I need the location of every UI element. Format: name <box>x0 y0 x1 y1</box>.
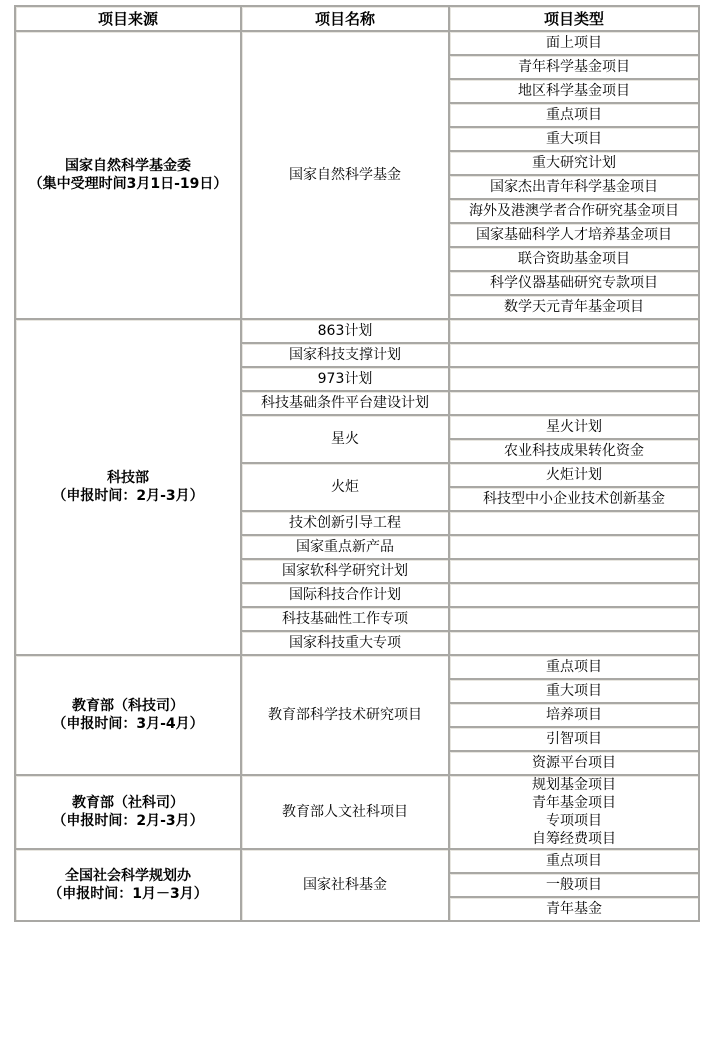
source-title: 教育部（社科司） <box>18 794 238 812</box>
source-note: （集中受理时间3月1日-19日） <box>18 175 238 193</box>
type-cell: 资源平台项目 <box>449 751 699 775</box>
type-cell <box>449 607 699 631</box>
type-cell: 重大项目 <box>449 679 699 703</box>
source-note: （申报时间：3月-4月） <box>18 715 238 733</box>
type-cell: 国家基础科学人才培养基金项目 <box>449 223 699 247</box>
program-name-cell: 技术创新引导工程 <box>241 511 449 535</box>
program-name-cell: 科技基础性工作专项 <box>241 607 449 631</box>
type-cell: 培养项目 <box>449 703 699 727</box>
type-cell: 数学天元青年基金项目 <box>449 295 699 319</box>
type-cell: 一般项目 <box>449 873 699 897</box>
program-name-cell: 国家科技重大专项 <box>241 631 449 655</box>
table-row: 全国社会科学规划办 （申报时间：1月－3月） 国家社科基金 重点项目 <box>15 849 699 873</box>
type-cell <box>449 559 699 583</box>
type-line: 专项项目 <box>452 812 696 830</box>
type-cell: 科学仪器基础研究专款项目 <box>449 271 699 295</box>
type-cell: 青年基金 <box>449 897 699 921</box>
program-name-cell: 国家科技支撑计划 <box>241 343 449 367</box>
header-type: 项目类型 <box>449 6 699 31</box>
type-cell: 引智项目 <box>449 727 699 751</box>
table-row: 教育部（社科司） （申报时间：2月-3月） 教育部人文社科项目 规划基金项目 青… <box>15 775 699 849</box>
program-name-cell: 863计划 <box>241 319 449 343</box>
source-note: （申报时间：1月－3月） <box>18 885 238 903</box>
source-note: （申报时间：2月-3月） <box>18 487 238 505</box>
source-cell-most: 科技部 （申报时间：2月-3月） <box>15 319 241 655</box>
source-title: 科技部 <box>18 469 238 487</box>
type-cell: 农业科技成果转化资金 <box>449 439 699 463</box>
header-name: 项目名称 <box>241 6 449 31</box>
program-name-cell: 科技基础条件平台建设计划 <box>241 391 449 415</box>
source-cell-nssf: 全国社会科学规划办 （申报时间：1月－3月） <box>15 849 241 921</box>
type-line: 规划基金项目 <box>452 776 696 794</box>
table-row: 科技部 （申报时间：2月-3月） 863计划 <box>15 319 699 343</box>
type-cell <box>449 367 699 391</box>
program-name-cell: 教育部科学技术研究项目 <box>241 655 449 775</box>
type-cell: 联合资助基金项目 <box>449 247 699 271</box>
header-source: 项目来源 <box>15 6 241 31</box>
type-cell: 星火计划 <box>449 415 699 439</box>
type-cell <box>449 535 699 559</box>
program-name-cell: 国家社科基金 <box>241 849 449 921</box>
source-title: 全国社会科学规划办 <box>18 867 238 885</box>
program-name-cell: 973计划 <box>241 367 449 391</box>
source-title: 教育部（科技司） <box>18 697 238 715</box>
type-cell: 科技型中小企业技术创新基金 <box>449 487 699 511</box>
program-name-cell: 国家重点新产品 <box>241 535 449 559</box>
type-cell: 重点项目 <box>449 849 699 873</box>
type-cell <box>449 583 699 607</box>
source-note: （申报时间：2月-3月） <box>18 812 238 830</box>
type-cell: 面上项目 <box>449 31 699 55</box>
program-name-cell: 国际科技合作计划 <box>241 583 449 607</box>
source-cell-moe-ss: 教育部（社科司） （申报时间：2月-3月） <box>15 775 241 849</box>
type-cell: 海外及港澳学者合作研究基金项目 <box>449 199 699 223</box>
type-cell: 国家杰出青年科学基金项目 <box>449 175 699 199</box>
program-name-cell: 星火 <box>241 415 449 463</box>
type-cell: 火炬计划 <box>449 463 699 487</box>
type-cell-multiline: 规划基金项目 青年基金项目 专项项目 自筹经费项目 <box>449 775 699 849</box>
type-cell <box>449 391 699 415</box>
type-cell <box>449 511 699 535</box>
type-cell: 青年科学基金项目 <box>449 55 699 79</box>
type-cell <box>449 631 699 655</box>
source-title: 国家自然科学基金委 <box>18 157 238 175</box>
program-name-cell: 教育部人文社科项目 <box>241 775 449 849</box>
type-line: 自筹经费项目 <box>452 830 696 848</box>
program-name-cell: 国家自然科学基金 <box>241 31 449 319</box>
type-cell: 重点项目 <box>449 655 699 679</box>
type-line: 青年基金项目 <box>452 794 696 812</box>
program-name-cell: 火炬 <box>241 463 449 511</box>
type-cell <box>449 343 699 367</box>
type-cell: 重大项目 <box>449 127 699 151</box>
table-row: 教育部（科技司） （申报时间：3月-4月） 教育部科学技术研究项目 重点项目 <box>15 655 699 679</box>
header-row: 项目来源 项目名称 项目类型 <box>15 6 699 31</box>
type-cell: 重大研究计划 <box>449 151 699 175</box>
source-cell-nsfc: 国家自然科学基金委 （集中受理时间3月1日-19日） <box>15 31 241 319</box>
source-cell-moe-st: 教育部（科技司） （申报时间：3月-4月） <box>15 655 241 775</box>
funding-sources-table: 项目来源 项目名称 项目类型 国家自然科学基金委 （集中受理时间3月1日-19日… <box>14 5 700 922</box>
program-name-cell: 国家软科学研究计划 <box>241 559 449 583</box>
type-cell <box>449 319 699 343</box>
table-row: 国家自然科学基金委 （集中受理时间3月1日-19日） 国家自然科学基金 面上项目 <box>15 31 699 55</box>
type-cell: 地区科学基金项目 <box>449 79 699 103</box>
type-cell: 重点项目 <box>449 103 699 127</box>
